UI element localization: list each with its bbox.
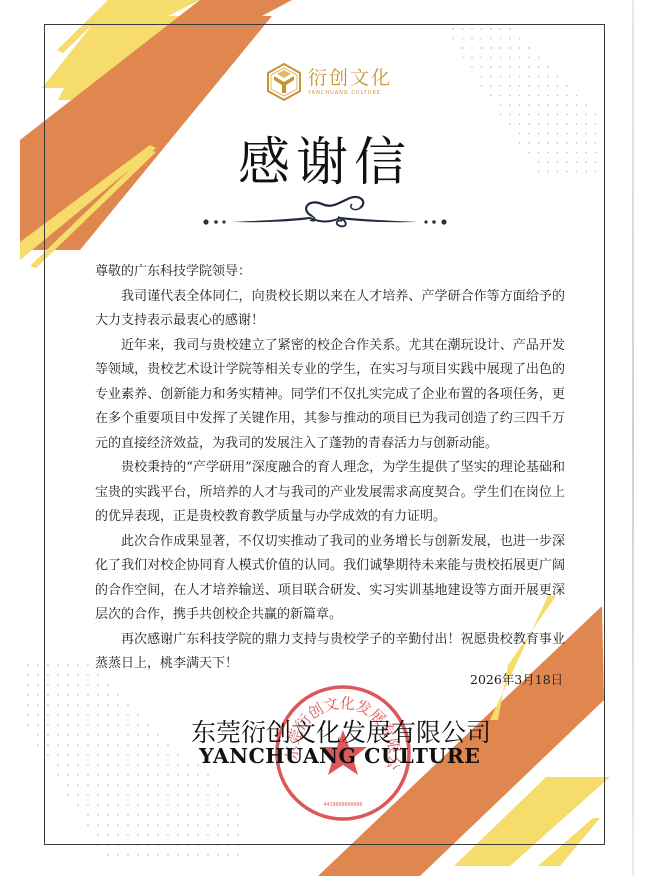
letter-body: 尊敬的广东科技学院领导： 我司谨代表全体同仁，向贵校长期以来在人才培养、产学研合… [95,260,565,677]
ornamental-divider-icon [200,192,450,232]
logo-hexagon-icon [264,62,304,102]
paragraph-1: 我司谨代表全体同仁，向贵校长期以来在人才培养、产学研合作等方面给予的大力支持表示… [95,285,565,334]
paragraph-3: 贵校秉持的“产学研用”深度融合的育人理念，为学生提供了坚实的理论基础和宝贵的实践… [95,456,565,530]
paragraph-2: 近年来，我司与贵校建立了紧密的校企合作关系。尤其在潮玩设计、产品开发等领域，贵校… [95,334,565,457]
svg-text:4419000000000: 4419000000000 [323,802,362,808]
letter-date: 2026年3月18日 [470,670,563,688]
company-name-en: YANCHUANG CULTURE [199,744,480,768]
paragraph-4: 此次合作成果显著，不仅切实推动了我司的业务增长与创新发展，也进一步深化了我们对校… [95,530,565,628]
logo-name-cn: 衍创文化 [308,67,392,89]
salutation: 尊敬的广东科技学院领导： [95,260,565,285]
logo-name-en: YANCHUANG CULTURE [308,89,392,97]
letter-title: 感谢信 [0,120,650,195]
company-logo: 衍创文化 YANCHUANG CULTURE [264,60,404,104]
thank-you-letter: 衍创文化 YANCHUANG CULTURE 感谢信 尊敬的广东科技学院领导： … [0,0,650,876]
